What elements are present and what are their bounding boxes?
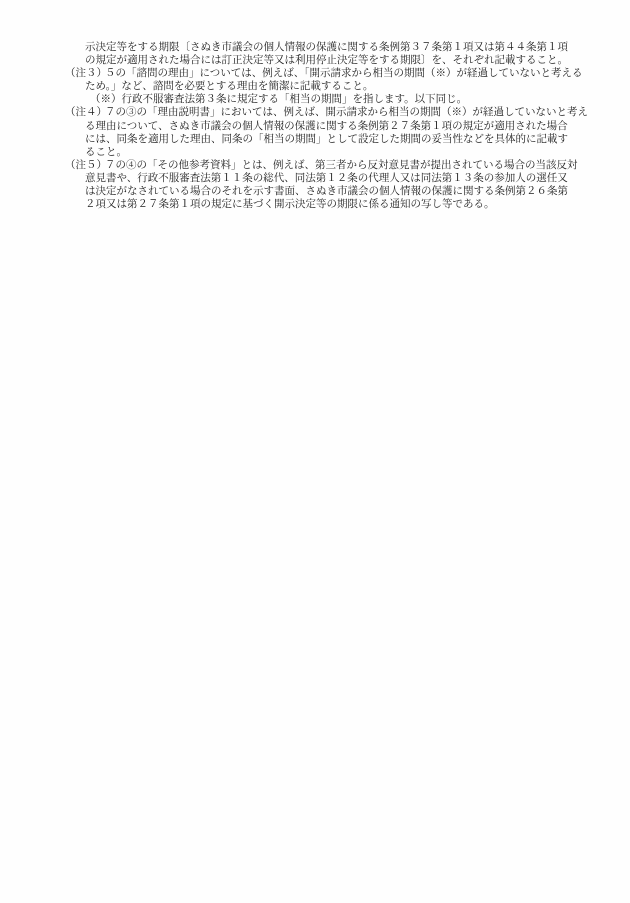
paragraph-line: の規定が適用された場合には訂正決定等又は利用停止決定等をする期限〕を、それぞれ記…	[85, 54, 620, 67]
note-3-label: （注３）	[65, 67, 105, 80]
document-page: 示決定等をする期限〔さぬき市議会の個人情報の保護に関する条例第３７条第１項又は第…	[0, 0, 630, 903]
note-4-body-line: には、同条を適用した理由、同条の「相当の期間」として設定した期間の妥当性などを具…	[85, 133, 620, 146]
document-text-block: 示決定等をする期限〔さぬき市議会の個人情報の保護に関する条例第３７条第１項又は第…	[85, 41, 620, 211]
note-4-first-line: （注４）７の③の「理由説明書」においては、例えば、開示請求から相当の期間（※）が…	[65, 106, 620, 119]
note-4-text: ７の③の「理由説明書」においては、例えば、開示請求から相当の期間（※）が経過して…	[105, 107, 588, 118]
note-5-first-line: （注５）７の④の「その他参考資料」とは、例えば、第三者から反対意見書が提出されて…	[65, 159, 620, 172]
note-5-text: ７の④の「その他参考資料」とは、例えば、第三者から反対意見書が提出されている場合…	[105, 160, 578, 171]
note-4-body-line: る理由について、さぬき市議会の個人情報の保護に関する条例第２７条第１項の規定が適…	[85, 120, 620, 133]
note-5-body-line: は決定がなされている場合のそれを示す書面、さぬき市議会の個人情報の保護に関する条…	[85, 185, 620, 198]
note-3-text: ５の「諮問の理由」については、例えば、「開示請求から相当の期間（※）が経過してい…	[105, 68, 583, 79]
note-5-body-line: ２項又は第２７条第１項の規定に基づく開示決定等の期限に係る通知の写し等である。	[85, 198, 620, 211]
note-4-body-line: ること。	[85, 146, 620, 159]
note-3-reference-line: （※）行政不服審査法第３条に規定する「相当の期間」を指します。以下同じ。	[90, 93, 620, 106]
note-3-body-line: ため。」など、諮問を必要とする理由を簡潔に記載すること。	[85, 80, 620, 93]
note-5-body-line: 意見書や、行政不服審査法第１１条の総代、同法第１２条の代理人又は同法第１３条の参…	[85, 172, 620, 185]
note-4-label: （注４）	[65, 106, 105, 119]
note-3-first-line: （注３）５の「諮問の理由」については、例えば、「開示請求から相当の期間（※）が経…	[65, 67, 620, 80]
paragraph-line: 示決定等をする期限〔さぬき市議会の個人情報の保護に関する条例第３７条第１項又は第…	[85, 41, 620, 54]
note-5-label: （注５）	[65, 159, 105, 172]
